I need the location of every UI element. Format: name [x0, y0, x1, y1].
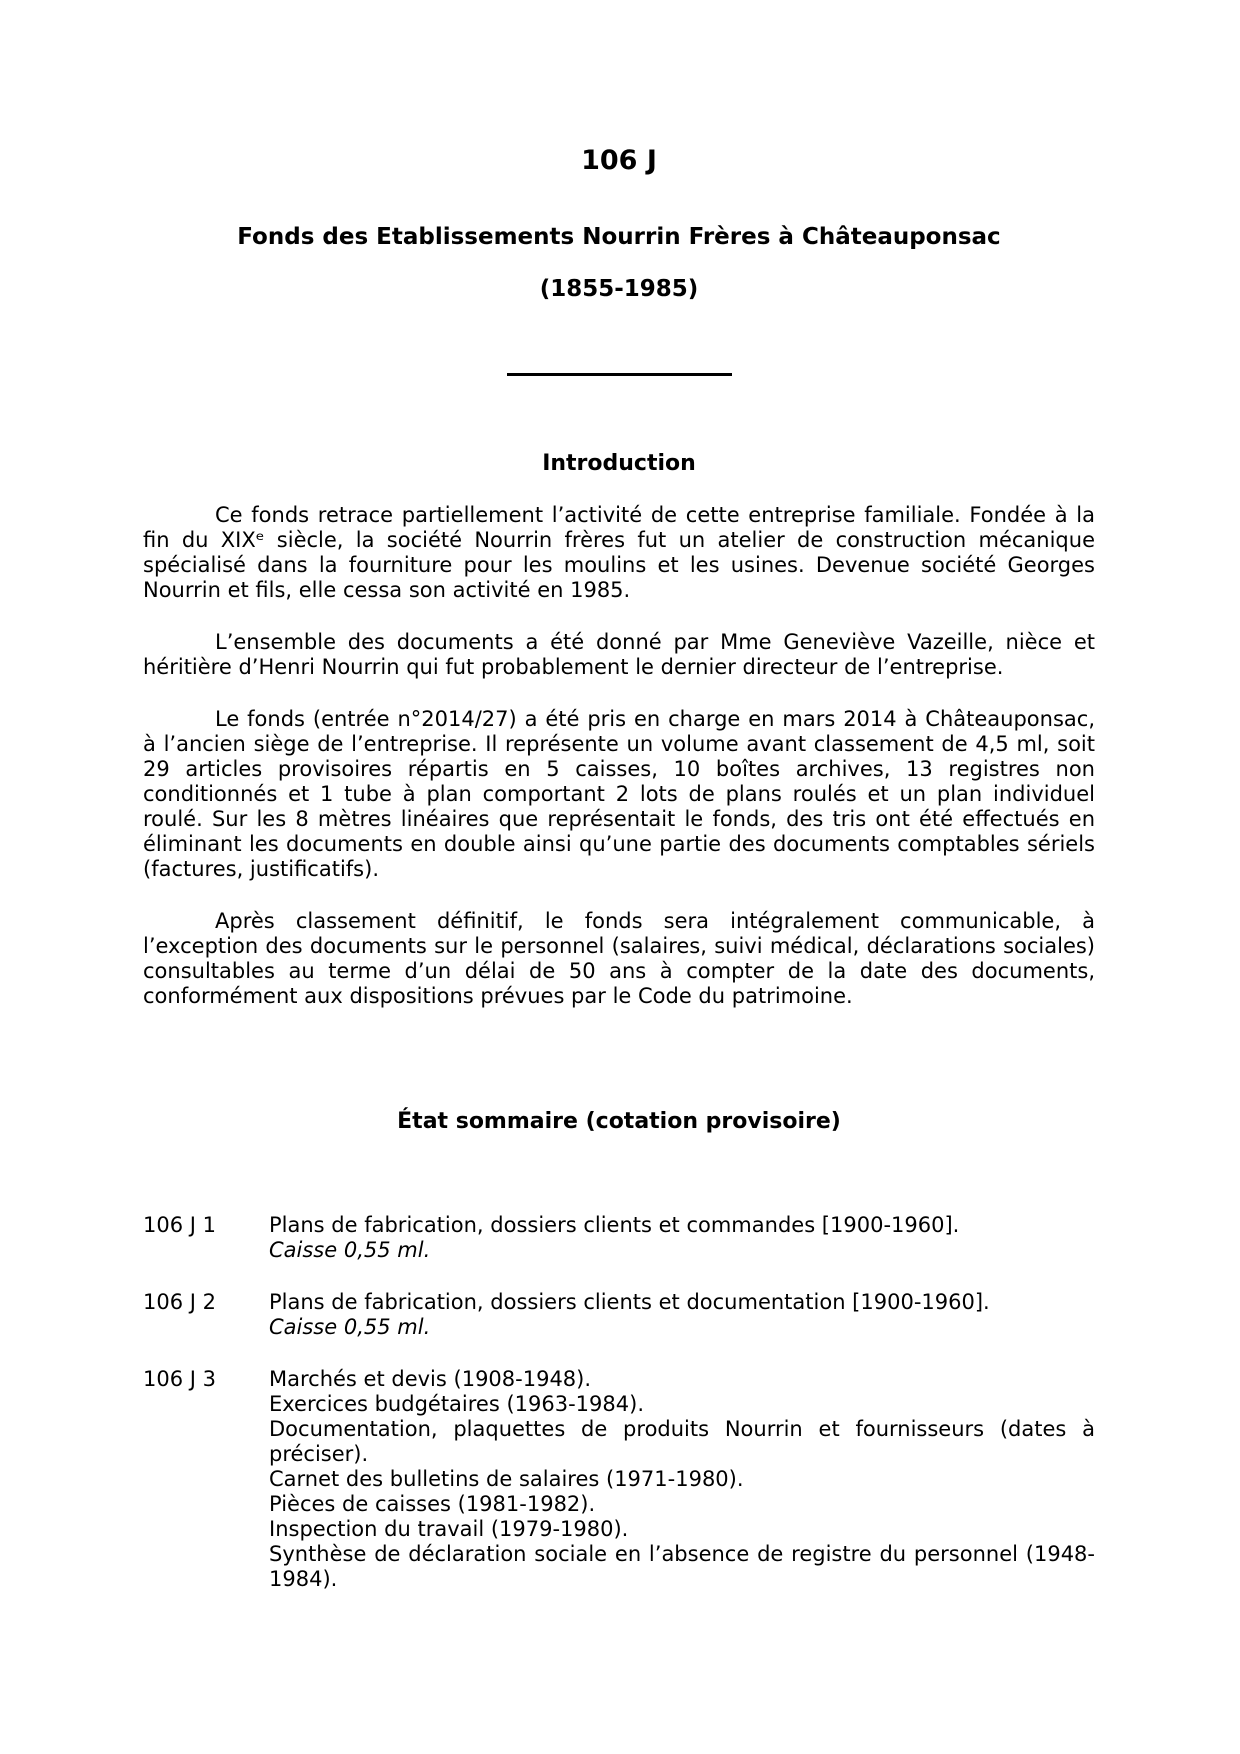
entry-extent: Caisse 0,55 ml.	[269, 1315, 1095, 1340]
collection-number: 106 J	[143, 145, 1095, 177]
entry-description: Plans de fabrication, dossiers clients e…	[269, 1290, 1095, 1315]
entry-body: Plans de fabrication, dossiers clients e…	[269, 1290, 1095, 1340]
introduction-paragraph-3: Le fonds (entrée n°2014/27) a été pris e…	[143, 707, 1095, 882]
entry-description: Plans de fabrication, dossiers clients e…	[269, 1213, 1095, 1238]
entry-description: Marchés et devis (1908-1948).	[269, 1367, 1095, 1392]
entry-extent: Caisse 0,55 ml.	[269, 1238, 1095, 1263]
document-title: Fonds des Etablissements Nourrin Frères …	[143, 223, 1095, 251]
summary-heading: État sommaire (cotation provisoire)	[143, 1109, 1095, 1135]
summary-entry-1: 106 J 1 Plans de fabrication, dossiers c…	[143, 1213, 1095, 1263]
introduction-paragraph-2: L’ensemble des documents a été donné par…	[143, 630, 1095, 680]
summary-entries: 106 J 1 Plans de fabrication, dossiers c…	[143, 1213, 1095, 1592]
date-range: (1855-1985)	[143, 275, 1095, 303]
entry-description: Exercices budgétaires (1963-1984).	[269, 1392, 1095, 1417]
entry-description: Synthèse de déclaration sociale en l’abs…	[269, 1542, 1095, 1592]
entry-description: Pièces de caisses (1981-1982).	[269, 1492, 1095, 1517]
horizontal-divider	[507, 373, 732, 376]
summary-entry-3: 106 J 3 Marchés et devis (1908-1948). Ex…	[143, 1367, 1095, 1592]
summary-entry-2: 106 J 2 Plans de fabrication, dossiers c…	[143, 1290, 1095, 1340]
introduction-paragraph-4: Après classement définitif, le fonds ser…	[143, 909, 1095, 1009]
entry-description: Documentation, plaquettes de produits No…	[269, 1417, 1095, 1467]
introduction-paragraph-1: Ce fonds retrace partiellement l’activit…	[143, 503, 1095, 603]
entry-cote: 106 J 3	[143, 1367, 269, 1392]
entry-body: Plans de fabrication, dossiers clients e…	[269, 1213, 1095, 1263]
introduction-heading: Introduction	[143, 451, 1095, 477]
page-content: 106 J Fonds des Etablissements Nourrin F…	[0, 0, 1240, 1592]
entry-cote: 106 J 2	[143, 1290, 269, 1315]
entry-cote: 106 J 1	[143, 1213, 269, 1238]
entry-description: Inspection du travail (1979-1980).	[269, 1517, 1095, 1542]
entry-body: Marchés et devis (1908-1948). Exercices …	[269, 1367, 1095, 1592]
entry-description: Carnet des bulletins de salaires (1971-1…	[269, 1467, 1095, 1492]
document-page: 106 J Fonds des Etablissements Nourrin F…	[0, 0, 1240, 1754]
